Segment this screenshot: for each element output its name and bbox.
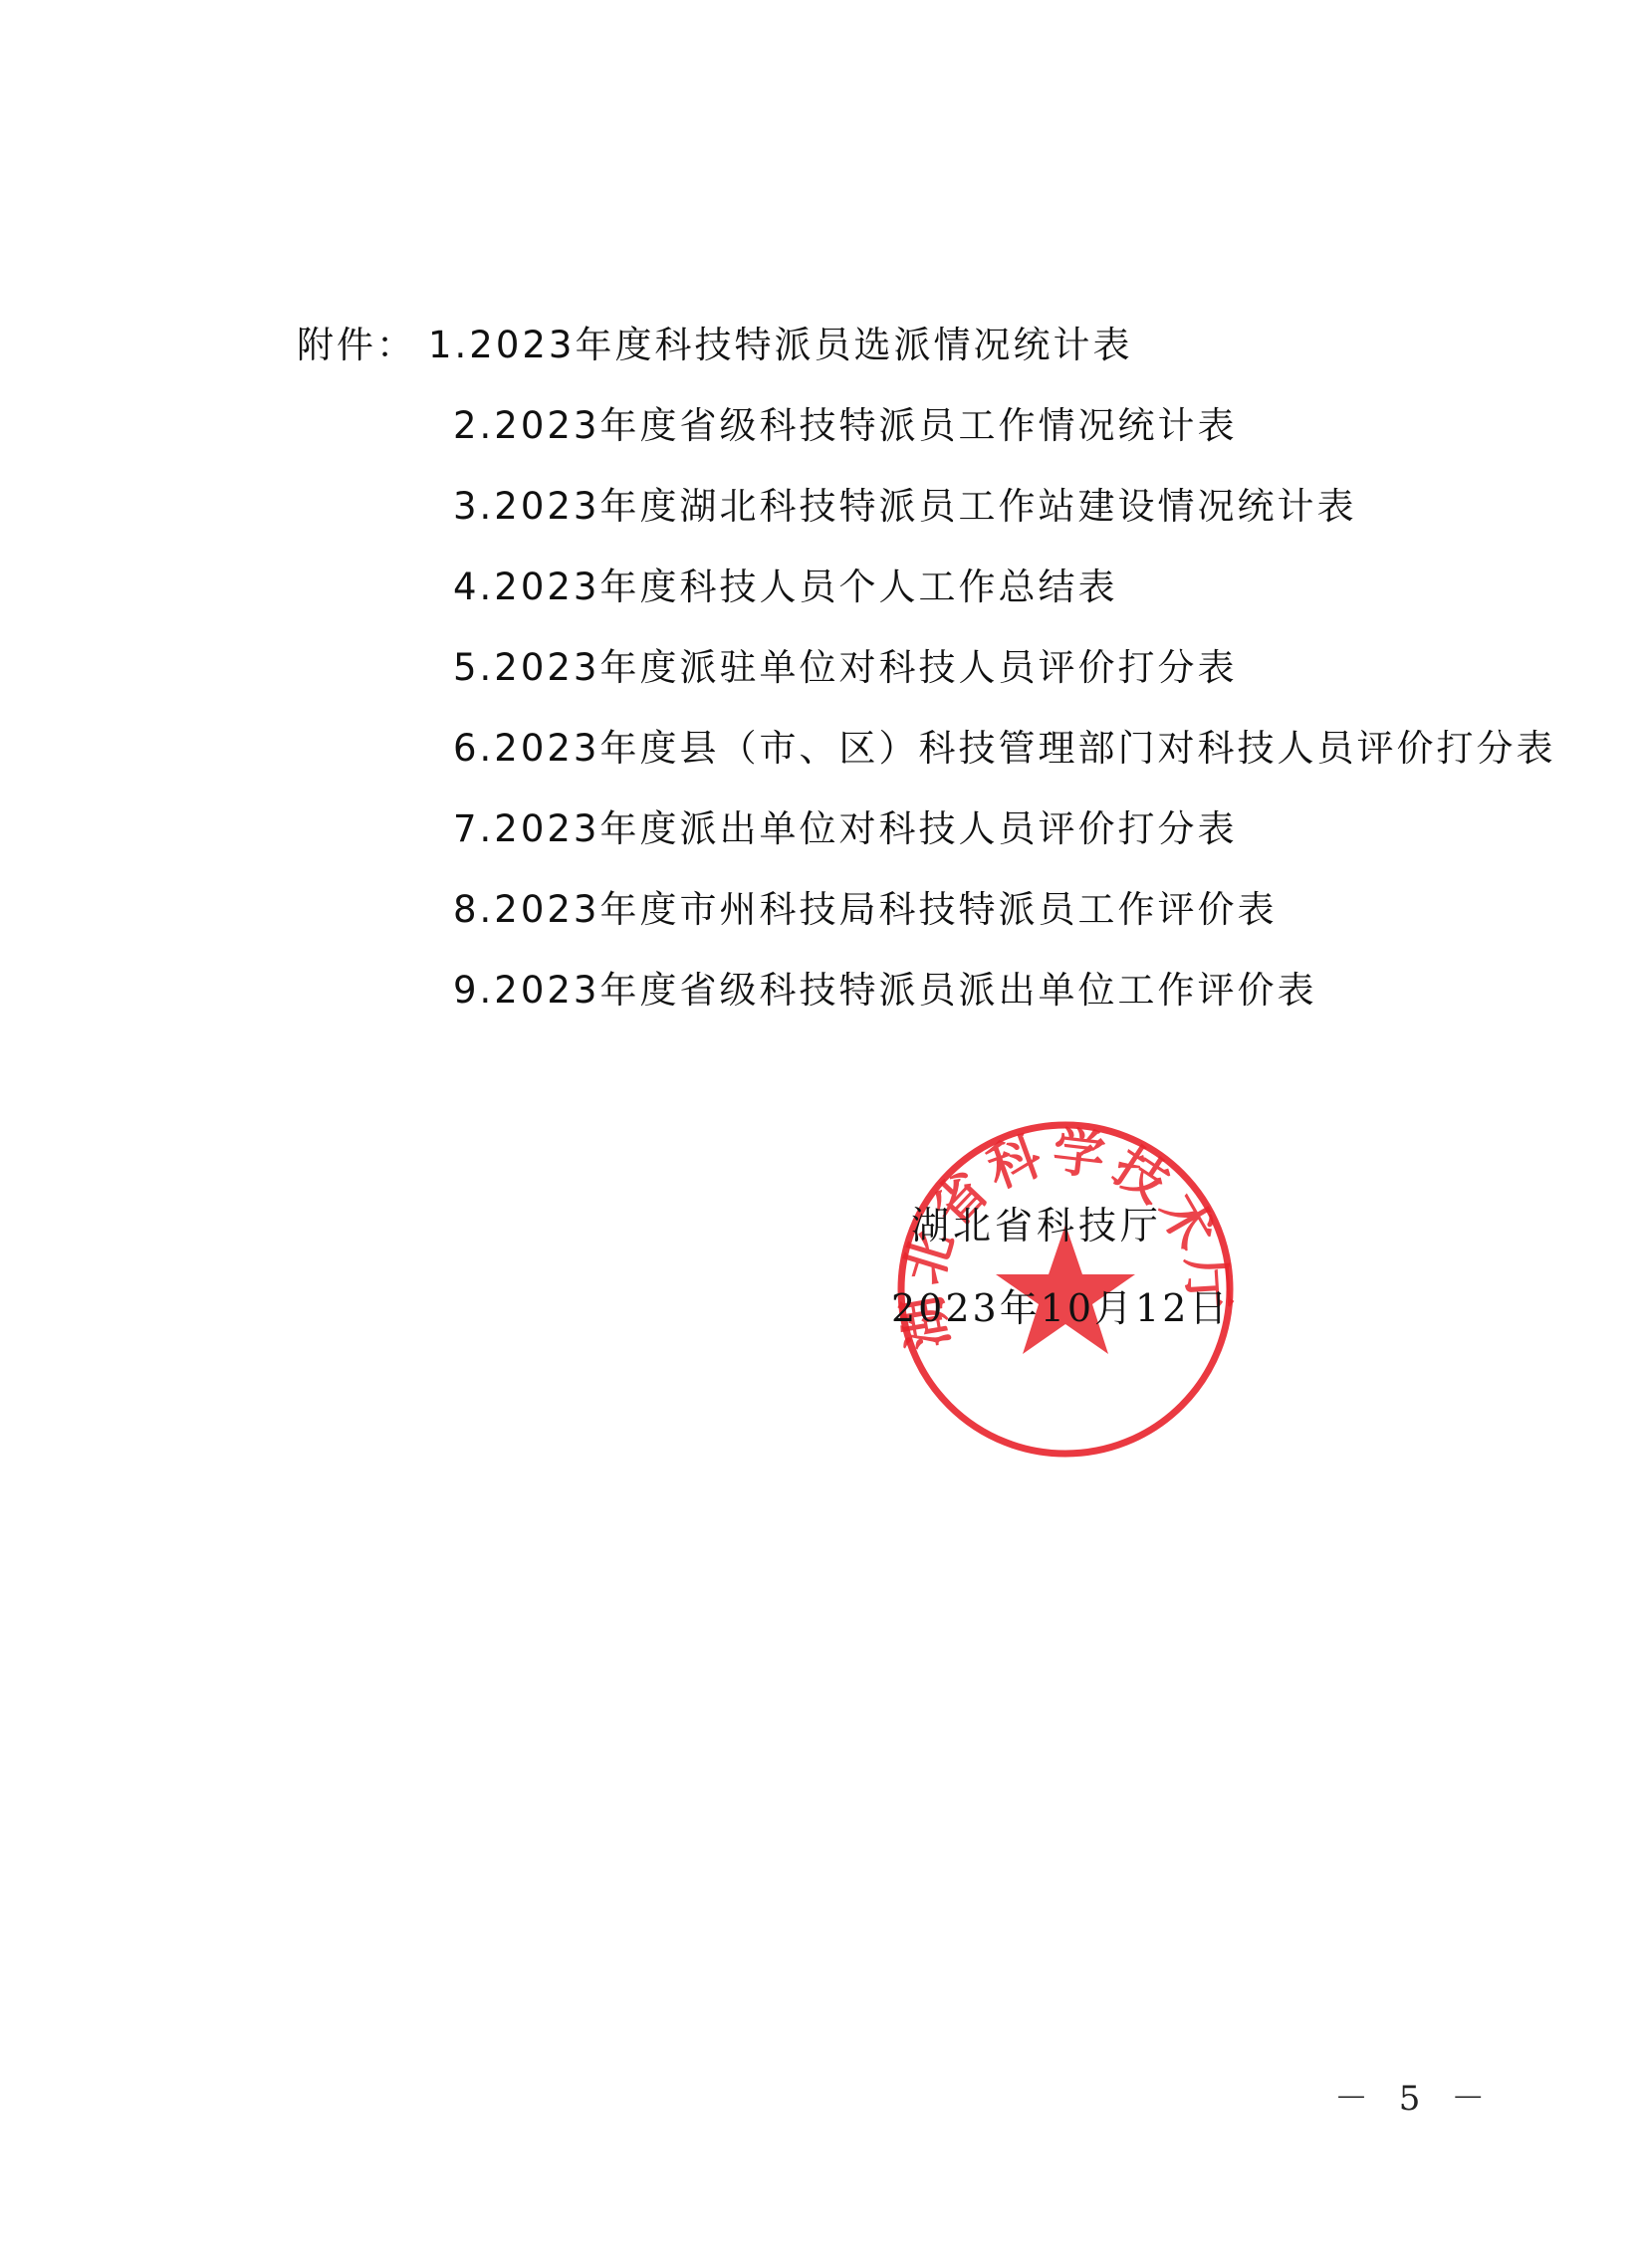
- attachment-item-8: 8.2023年度市州科技局科技特派员工作评价表: [453, 879, 1277, 933]
- attachment-item-4: 4.2023年度科技人员个人工作总结表: [453, 557, 1117, 610]
- attachments-label: 附件：: [297, 315, 416, 368]
- attachment-item-9: 9.2023年度省级科技特派员派出单位工作评价表: [453, 960, 1316, 1014]
- signing-organization: 湖北省科技厅: [911, 1195, 1162, 1249]
- attachment-item-7: 7.2023年度派出单位对科技人员评价打分表: [453, 798, 1237, 852]
- signing-date: 2023年10月12日: [891, 1277, 1230, 1332]
- page-number: － 5 －: [1334, 2071, 1495, 2120]
- attachment-item-6: 6.2023年度县（市、区）科技管理部门对科技人员评价打分表: [453, 718, 1555, 772]
- attachment-item-2: 2.2023年度省级科技特派员工作情况统计表: [453, 395, 1237, 449]
- attachment-item-3: 3.2023年度湖北科技特派员工作站建设情况统计表: [453, 476, 1356, 530]
- attachment-item-1: 1.2023年度科技特派员选派情况统计表: [428, 315, 1132, 368]
- attachment-item-5: 5.2023年度派驻单位对科技人员评价打分表: [453, 637, 1237, 691]
